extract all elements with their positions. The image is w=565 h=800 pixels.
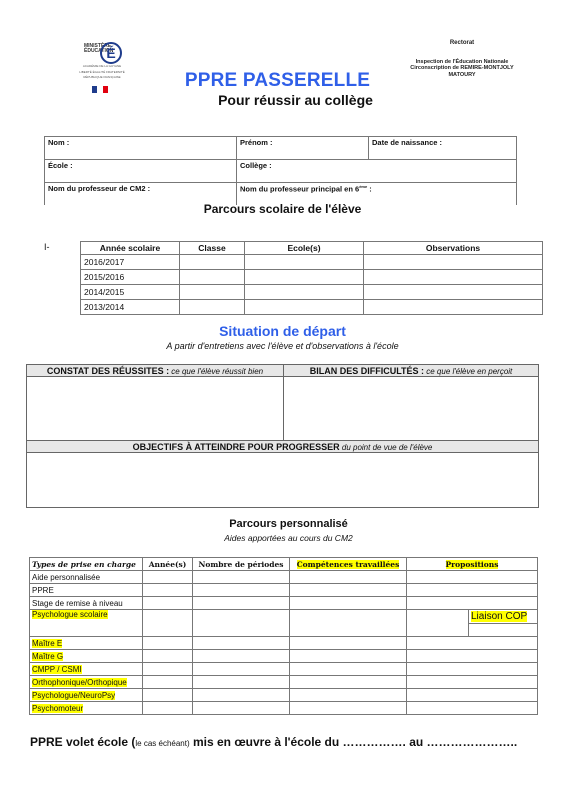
table-row: 2013/2014 [81,300,543,315]
entry-cell[interactable] [143,689,193,702]
entry-cell[interactable] [290,663,407,676]
difficultes-field[interactable] [284,377,539,441]
entry-cell[interactable] [193,584,290,597]
situation-subtitle: A partir d'entretiens avec l'élève et d'… [0,341,565,351]
entry-cell[interactable] [180,285,245,300]
entry-cell[interactable] [290,610,407,637]
table-row: Orthophonique/Orthopique [30,676,538,689]
reussites-header: CONSTAT DES RÉUSSITES : ce que l'élève r… [27,365,284,377]
table-row: 2014/2015 [81,285,543,300]
support-table: Types de prise en charge Année(s) Nombre… [29,557,538,715]
parcours-perso-title: Parcours personnalisé [6,518,565,530]
col-observations: Observations [364,242,543,255]
support-type-cell: Stage de remise à niveau [30,597,143,610]
document-subtitle: Pour réussir au collège [26,92,565,108]
table-row: CMPP / CSMI [30,663,538,676]
entry-cell[interactable] [180,300,245,315]
support-type-cell: PPRE [30,584,143,597]
table-row: Maître G [30,650,538,663]
entry-cell[interactable] [143,610,193,637]
table-row: 2015/2016 [81,270,543,285]
support-type-cell: Psychologue scolaire [30,610,143,637]
entry-cell[interactable] [143,650,193,663]
nom-field[interactable]: Nom : [45,137,237,160]
situation-title: Situation de départ [0,323,565,339]
entry-cell[interactable] [290,597,407,610]
entry-cell[interactable] [290,584,407,597]
document-title-block: PPRE PASSERELLE Pour réussir au collège [0,70,565,108]
table-row: Stage de remise à niveau [30,597,538,610]
entry-cell[interactable] [193,610,290,637]
section-number: I- [44,242,50,252]
entry-cell[interactable] [290,650,407,663]
support-type-cell: Psychomoteur [30,702,143,715]
entry-cell[interactable] [193,571,290,584]
support-type-cell: Aide personnalisée [30,571,143,584]
situation-block: Situation de départ A partir d'entretien… [0,323,565,351]
entry-cell[interactable] [143,663,193,676]
entry-cell[interactable] [245,270,364,285]
entry-cell[interactable] [193,597,290,610]
entry-cell[interactable] [143,676,193,689]
table-row: 2016/2017 [81,255,543,270]
table-row: Psychologue/NeuroPsy [30,689,538,702]
col-types: Types de prise en charge [30,558,143,571]
student-identity-table: Nom : Prénom : Date de naissance : École… [44,136,517,205]
parcours-perso-subtitle: Aides apportées au cours du CM2 [6,533,565,543]
col-competences: Compétences travaillées [290,558,407,571]
ecole-field[interactable]: École : [45,160,237,183]
reussites-field[interactable] [27,377,284,441]
col-annee: Année scolaire [81,242,180,255]
entry-cell[interactable] [364,285,543,300]
support-type-cell: Maître G [30,650,143,663]
ppre-ecole-dates: PPRE volet école (le cas échéant) mis en… [30,735,517,749]
entry-cell[interactable] [143,702,193,715]
logo-text: MINISTÈREÉDUCATION [84,44,100,54]
support-type-cell: Psychologue/NeuroPsy [30,689,143,702]
entry-cell[interactable] [290,702,407,715]
support-type-cell: Orthophonique/Orthopique [30,676,143,689]
proposition-cell[interactable]: Liaison COP [407,610,538,637]
col-periodes: Nombre de périodes [193,558,290,571]
proposition-cell[interactable] [407,571,538,584]
school-history-table: Année scolaire Classe Ecole(s) Observati… [80,241,543,315]
college-field[interactable]: Collège : [237,160,517,183]
table-row: Psychologue scolaireLiaison COP [30,610,538,637]
entry-cell[interactable] [245,300,364,315]
table-row: PPRE [30,584,538,597]
support-type-cell: CMPP / CSMI [30,663,143,676]
entry-cell[interactable] [193,650,290,663]
proposition-cell[interactable] [407,650,538,663]
entry-cell[interactable] [364,300,543,315]
entry-cell[interactable] [290,676,407,689]
difficultes-header: BILAN DES DIFFICULTÉS : ce que l'élève e… [284,365,539,377]
entry-cell[interactable] [290,637,407,650]
situation-table: CONSTAT DES RÉUSSITES : ce que l'élève r… [26,364,539,508]
entry-cell[interactable] [245,255,364,270]
table-row: Maître E [30,637,538,650]
entry-cell[interactable] [290,689,407,702]
proposition-cell[interactable] [407,584,538,597]
entry-cell[interactable] [193,663,290,676]
proposition-cell[interactable] [407,663,538,676]
entry-cell[interactable] [143,637,193,650]
date-naissance-field[interactable]: Date de naissance : [369,137,517,160]
proposition-cell[interactable] [407,702,538,715]
entry-cell[interactable] [364,255,543,270]
entry-cell[interactable] [143,597,193,610]
entry-cell[interactable] [193,689,290,702]
proposition-cell[interactable] [407,689,538,702]
entry-cell[interactable] [290,571,407,584]
entry-cell[interactable] [143,571,193,584]
entry-cell[interactable] [193,676,290,689]
proposition-cell[interactable] [407,637,538,650]
col-propositions: Propositions [407,558,538,571]
prenom-field[interactable]: Prénom : [237,137,369,160]
entry-cell[interactable] [180,255,245,270]
table-row: Aide personnalisée [30,571,538,584]
objectifs-field[interactable] [27,453,539,508]
col-ecoles: Ecole(s) [245,242,364,255]
table-row: Psychomoteur [30,702,538,715]
col-annees: Année(s) [143,558,193,571]
proposition-cell[interactable] [407,676,538,689]
document-title: PPRE PASSERELLE [0,70,565,92]
entry-cell[interactable] [180,270,245,285]
entry-cell[interactable] [193,702,290,715]
entry-cell[interactable] [143,584,193,597]
parcours-scolaire-title: Parcours scolaire de l'élève [0,202,565,216]
liaison-cop-label: Liaison COP [469,610,537,624]
entry-cell[interactable] [193,637,290,650]
logo-e-icon: É [100,42,122,64]
year-cell: 2015/2016 [81,270,180,285]
support-type-cell: Maître E [30,637,143,650]
entry-cell[interactable] [364,270,543,285]
proposition-cell[interactable] [407,597,538,610]
year-cell: 2013/2014 [81,300,180,315]
entry-cell[interactable] [245,285,364,300]
year-cell: 2016/2017 [81,255,180,270]
year-cell: 2014/2015 [81,285,180,300]
objectifs-header: OBJECTIFS À ATTEINDRE POUR PROGRESSER du… [27,441,539,453]
col-classe: Classe [180,242,245,255]
